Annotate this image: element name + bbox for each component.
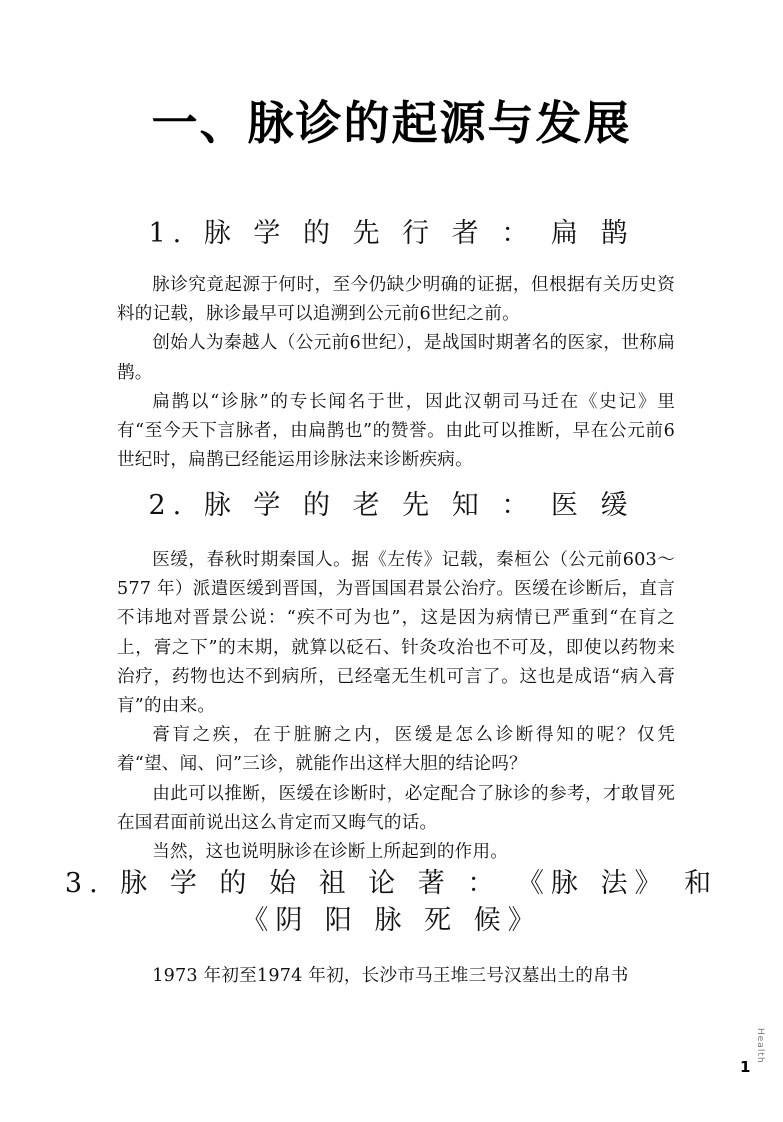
paragraph: 扁鹊以“诊脉”的专长闻名于世，因此汉朝司马迁在《史记》里有“至今天下言脉者，由扁… [117, 388, 675, 476]
page-number: 1 [740, 1058, 750, 1076]
section-2-body: 医缓，春秋时期秦国人。据《左传》记载，秦桓公（公元前603～577 年）派遣医缓… [117, 546, 675, 867]
paragraph: 当然，这也说明脉诊在诊断上所起到的作用。 [117, 838, 675, 867]
section-3-body: 1973 年初至1974 年初，长沙市马王堆三号汉墓出土的帛书 [117, 962, 675, 991]
section-2-title: 2. 脉 学 的 老 先 知 ： 医 缓 [0, 488, 783, 524]
document-page: 一、脉诊的起源与发展 1. 脉 学 的 先 行 者 ： 扁 鹊 脉诊究竟起源于何… [0, 0, 783, 1122]
paragraph: 膏肓之疾，在于脏腑之内，医缓是怎么诊断得知的呢？仅凭着“望、闻、问”三诊，就能作… [117, 721, 675, 779]
section-1-body: 脉诊究竟起源于何时，至今仍缺少明确的证据，但根据有关历史资料的记载，脉诊最早可以… [117, 271, 675, 475]
paragraph: 医缓，春秋时期秦国人。据《左传》记载，秦桓公（公元前603～577 年）派遣医缓… [117, 546, 675, 721]
section-3-title-line-2: 《阴 阳 脉 死 候》 [0, 903, 783, 939]
paragraph: 1973 年初至1974 年初，长沙市马王堆三号汉墓出土的帛书 [117, 962, 675, 991]
paragraph: 脉诊究竟起源于何时，至今仍缺少明确的证据，但根据有关历史资料的记载，脉诊最早可以… [117, 271, 675, 329]
section-3-title-line-1: 3. 脉 学 的 始 祖 论 著 ： 《脉 法》 和 [0, 866, 783, 902]
chapter-title: 一、脉诊的起源与发展 [0, 93, 783, 153]
section-1-title: 1. 脉 学 的 先 行 者 ： 扁 鹊 [0, 216, 783, 252]
paragraph: 由此可以推断，医缓在诊断时，必定配合了脉诊的参考，才敢冒死在国君面前说出这么肯定… [117, 780, 675, 838]
paragraph: 创始人为秦越人（公元前6世纪），是战国时期著名的医家，世称扁鹊。 [117, 329, 675, 387]
side-label: Health [753, 1028, 765, 1078]
